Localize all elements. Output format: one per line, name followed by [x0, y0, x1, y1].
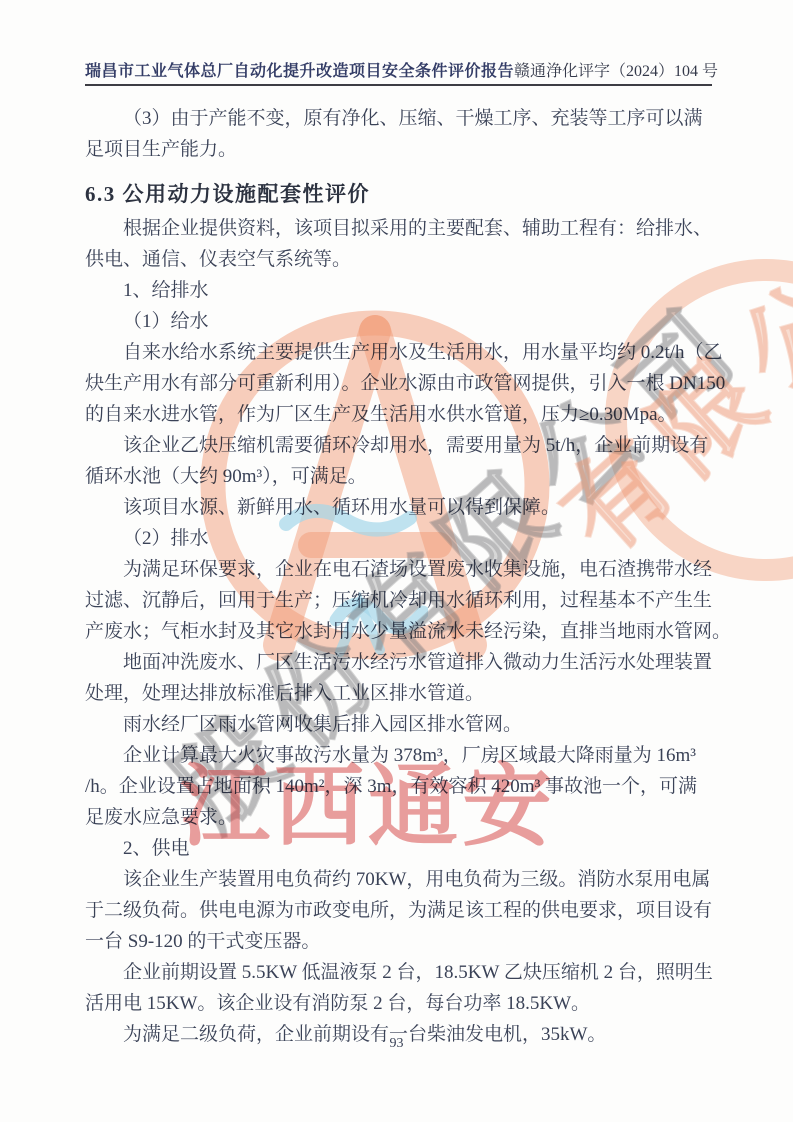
- text-line: 过滤、沉静后，回用于生产；压缩机冷却用水循环利用，过程基本不产生生: [85, 585, 725, 616]
- page-number: 93: [0, 1036, 793, 1052]
- text-line: 企业计算最大火灾事故污水量为 378m³，厂房区域最大降雨量为 16m³: [85, 740, 725, 771]
- page-header: 瑞昌市工业气体总厂自动化提升改造项目安全条件评价报告 赣通浄化评字（2024）1…: [85, 58, 712, 86]
- document-number: 赣通浄化评字（2024）104 号: [514, 58, 718, 81]
- text-line: 为满足环保要求，企业在电石渣场设置废水收集设施，电石渣携带水经: [85, 554, 725, 585]
- text-line: 该项目水源、新鲜用水、循环用水量可以得到保障。: [85, 492, 725, 523]
- document-body: （3）由于产能不变，原有净化、压缩、干燥工序、充装等工序可以满足项目生产能力。6…: [85, 103, 725, 1050]
- text-line: 的自来水进水管，作为厂区生产及生活用水供水管道，压力≥0.30Mpa。: [85, 399, 725, 430]
- text-line: 一台 S9-120 的干式变压器。: [85, 926, 725, 957]
- section-heading: 6.3 公用动力设施配套性评价: [85, 165, 725, 213]
- text-line: 雨水经厂区雨水管网收集后排入园区排水管网。: [85, 709, 725, 740]
- text-line: 企业前期设置 5.5KW 低温液泵 2 台，18.5KW 乙炔压缩机 2 台，照…: [85, 957, 725, 988]
- text-line: 1、给排水: [85, 275, 725, 306]
- text-line: 自来水给水系统主要提供生产用水及生活用水，用水量平均约 0.2t/h（乙: [85, 337, 725, 368]
- text-line: 活用电 15KW。该企业设有消防泵 2 台，每台功率 18.5KW。: [85, 988, 725, 1019]
- text-line: 于二级负荷。供电电源为市政变电所，为满足该工程的供电要求，项目设有: [85, 895, 725, 926]
- document-page: 瑞昌市工业气体总厂自动化提升改造项目安全条件评价报告 赣通浄化评字（2024）1…: [0, 0, 793, 1122]
- text-line: 足废水应急要求。: [85, 802, 725, 833]
- report-title: 瑞昌市工业气体总厂自动化提升改造项目安全条件评价报告: [85, 58, 514, 81]
- text-line: 循环水池（大约 90m³），可满足。: [85, 461, 725, 492]
- text-line: （2）排水: [85, 523, 725, 554]
- text-line: /h。企业设置占地面积 140m²，深 3m，有效容积 420m³ 事故池一个，…: [85, 771, 725, 802]
- text-line: 该企业生产装置用电负荷约 70KW，用电负荷为三级。消防水泵用电属: [85, 864, 725, 895]
- text-line: 2、供电: [85, 833, 725, 864]
- text-line: 该企业乙炔压缩机需要循环冷却用水，需要用量为 5t/h，企业前期设有: [85, 430, 725, 461]
- text-line: 根据企业提供资料，该项目拟采用的主要配套、辅助工程有：给排水、: [85, 213, 725, 244]
- text-line: （1）给水: [85, 306, 725, 337]
- text-line: 地面冲洗废水、厂区生活污水经污水管道排入微动力生活污水处理装置: [85, 647, 725, 678]
- text-line: （3）由于产能不变，原有净化、压缩、干燥工序、充装等工序可以满: [85, 103, 725, 134]
- text-line: 供电、通信、仪表空气系统等。: [85, 244, 725, 275]
- text-line: 处理，处理达排放标准后排入工业区排水管道。: [85, 678, 725, 709]
- text-line: 产废水；气柜水封及其它水封用水少量溢流水未经污染，直排当地雨水管网。: [85, 616, 725, 647]
- text-line: 足项目生产能力。: [85, 134, 725, 165]
- text-line: 炔生产用水有部分可重新利用）。企业水源由市政管网提供，引入一根 DN150: [85, 368, 725, 399]
